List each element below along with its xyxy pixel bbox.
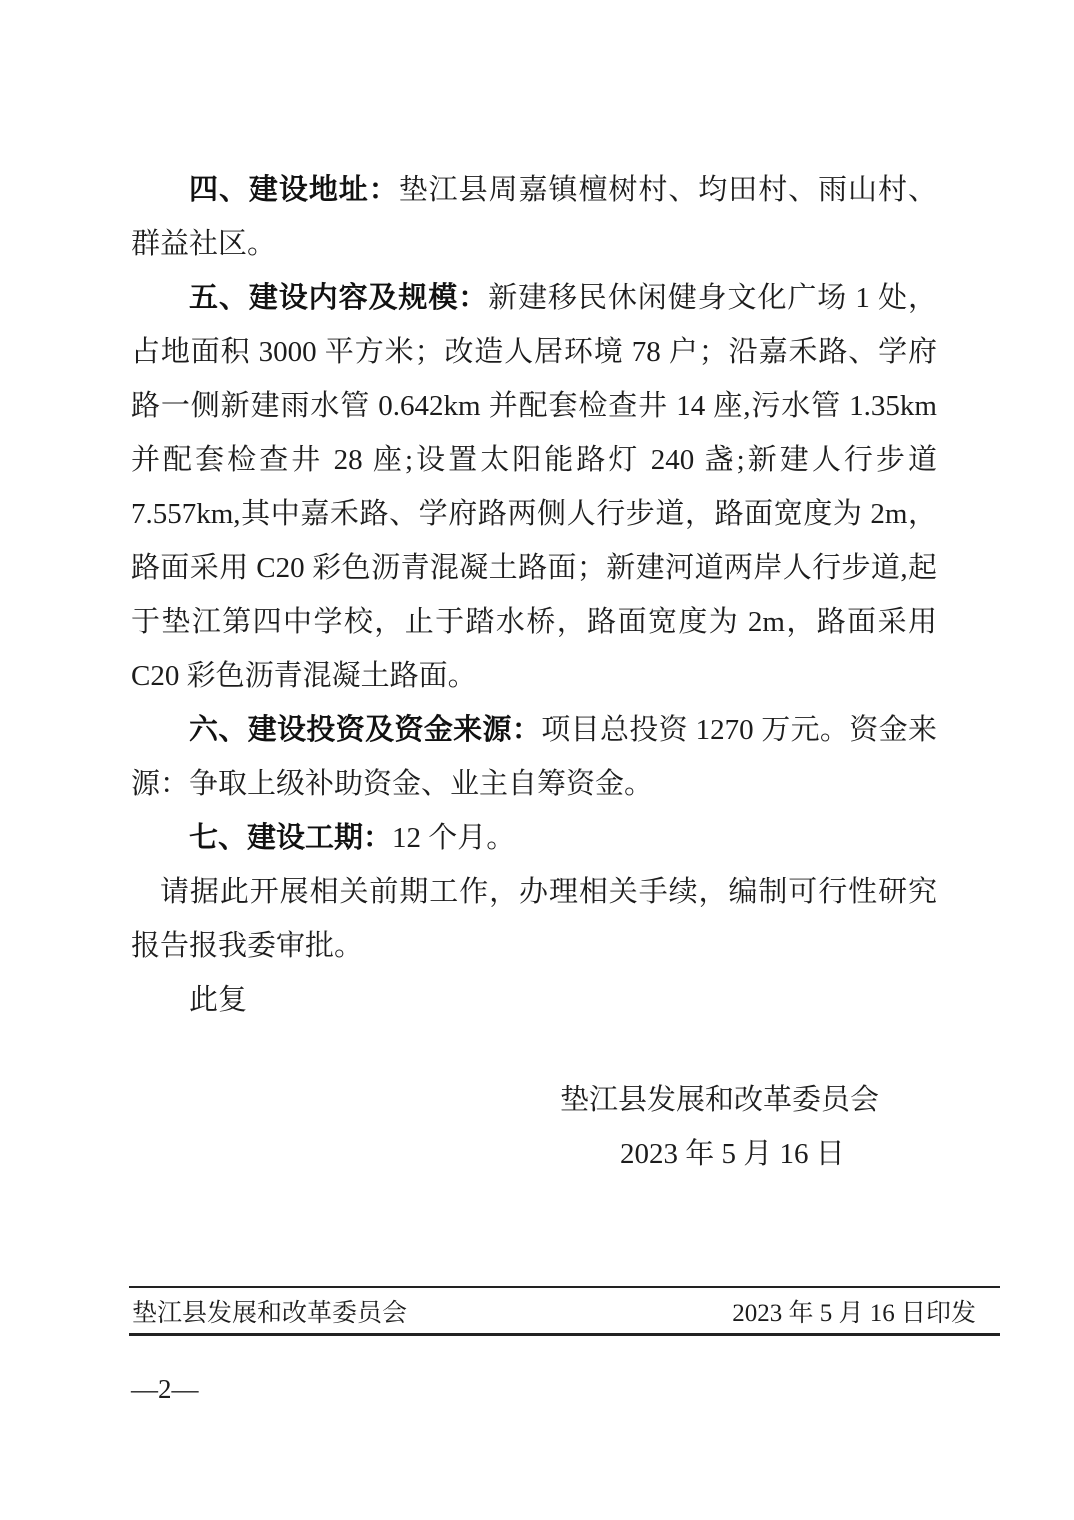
section-6-label: 六、建设投资及资金来源： — [189, 714, 541, 746]
section-6-paragraph: 六、建设投资及资金来源：项目总投资 1270 万元。资金来源：争取上级补助资金、… — [131, 703, 937, 811]
section-5-label: 五、建设内容及规模： — [189, 282, 488, 314]
closing-instruction-paragraph: 请据此开展相关前期工作，办理相关手续，编制可行性研究报告报我委审批。 — [131, 865, 937, 973]
closing-instruction-text: 请据此开展相关前期工作，办理相关手续，编制可行性研究报告报我委审批。 — [131, 876, 937, 962]
signature-org: 垫江县发展和改革委员会 — [560, 1073, 937, 1127]
signature-date: 2023 年 5 月 16 日 — [620, 1127, 937, 1181]
section-7-label: 七、建设工期： — [189, 822, 392, 854]
document-page: 四、建设地址：垫江县周嘉镇檀树村、均田村、雨山村、群益社区。 五、建设内容及规模… — [0, 0, 1074, 1520]
closing-phrase-paragraph: 此复 — [131, 973, 937, 1027]
section-5-paragraph: 五、建设内容及规模：新建移民休闲健身文化广场 1 处，占地面积 3000 平方米… — [131, 271, 937, 703]
section-5-text: 新建移民休闲健身文化广场 1 处，占地面积 3000 平方米；改造人居环境 78… — [131, 282, 937, 692]
colophon-issuer: 垫江县发展和改革委员会 — [132, 1293, 407, 1329]
section-7-paragraph: 七、建设工期：12 个月。 — [131, 811, 937, 865]
section-7-text: 12 个月。 — [392, 822, 515, 854]
document-body: 四、建设地址：垫江县周嘉镇檀树村、均田村、雨山村、群益社区。 五、建设内容及规模… — [131, 163, 937, 1181]
colophon-print-date: 2023 年 5 月 16 日印发 — [732, 1293, 976, 1329]
colophon-bar: 垫江县发展和改革委员会 2023 年 5 月 16 日印发 — [129, 1286, 1000, 1336]
section-4-label: 四、建设地址： — [189, 174, 399, 206]
page-number: —2— — [131, 1374, 199, 1404]
closing-phrase-text: 此复 — [189, 984, 247, 1016]
section-4-paragraph: 四、建设地址：垫江县周嘉镇檀树村、均田村、雨山村、群益社区。 — [131, 163, 937, 271]
